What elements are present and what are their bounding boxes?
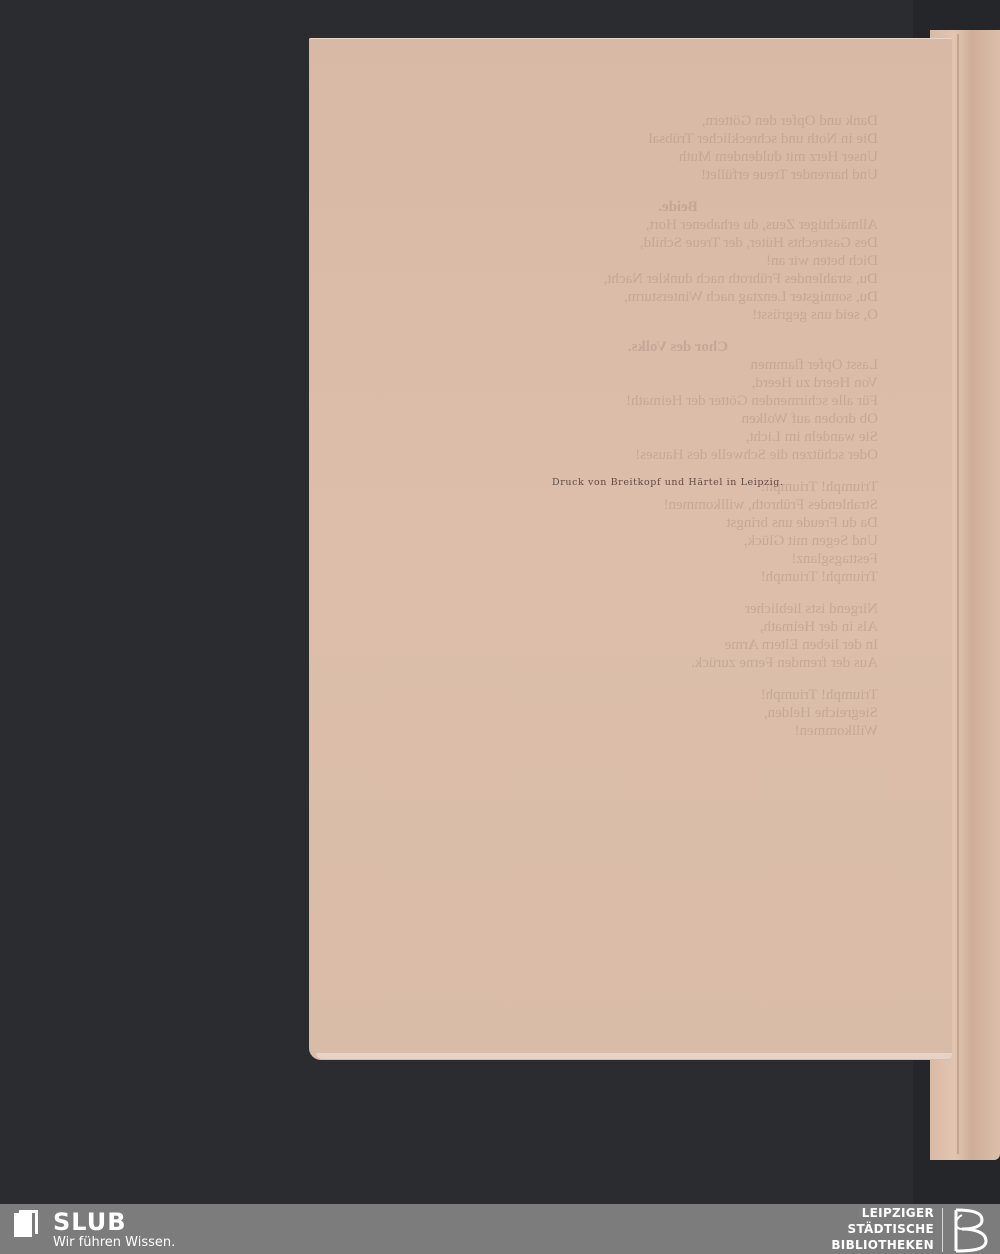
slub-tagline: Wir führen Wissen.	[53, 1235, 175, 1251]
show-through-line: Und harrender Treue erfüllet!	[478, 166, 878, 184]
scan-viewer: Dank und Opfer den Göttern,Die in Noth u…	[0, 0, 1000, 1204]
lsb-logo-icon	[952, 1207, 992, 1254]
show-through-line: Des Gastrechts Hüter, der Treue Schild,	[478, 234, 878, 252]
show-through-line	[478, 324, 878, 338]
show-through-line: Dank und Opfer den Göttern,	[478, 112, 878, 130]
show-through-line: Siegreiche Helden,	[478, 704, 878, 722]
show-through-line: Die in Noth und schrecklicher Trübsal	[478, 130, 878, 148]
show-through-line	[478, 184, 878, 198]
lsb-brand-line: LEIPZIGER	[831, 1205, 934, 1221]
printer-imprint: Druck von Breitkopf und Härtel in Leipzi…	[552, 477, 852, 488]
show-through-line: Festtagsglanz!	[478, 550, 878, 568]
show-through-line	[478, 586, 878, 600]
show-through-line: In der lieben Eltern Arme	[478, 636, 878, 654]
show-through-line: Für alle schirmenden Götter der Heimath!	[478, 392, 878, 410]
show-through-line	[478, 672, 878, 686]
show-through-line: Chor des Volks.	[478, 338, 878, 356]
show-through-line: Unser Herz mit duldendem Muth	[478, 148, 878, 166]
show-through-line: Du, strahlendes Frühroth nach dunkler Na…	[478, 270, 878, 288]
show-through-line: Dich beten wir an!	[478, 252, 878, 270]
show-through-line: Beide.	[478, 198, 878, 216]
show-through-line: Lasst Opfer flammen	[478, 356, 878, 374]
lsb-brand-line: STÄDTISCHE	[831, 1221, 934, 1237]
show-through-line: Oder schützen die Schwelle des Hauses!	[478, 446, 878, 464]
show-through-line: Willkommen!	[478, 722, 878, 740]
page-fold-line	[957, 34, 959, 1154]
show-through-line	[478, 464, 878, 478]
show-through-line: Strahlendes Frühroth, willkommen!	[478, 496, 878, 514]
show-through-line: Von Heerd zu Heerd,	[478, 374, 878, 392]
show-through-line: Nirgend ists lieblicher	[478, 600, 878, 618]
show-through-line: Du, sonnigster Lenztag nach Wintersturm,	[478, 288, 878, 306]
show-through-line: Ob droben auf Wolken	[478, 410, 878, 428]
lsb-brand-line: BIBLIOTHEKEN	[831, 1237, 934, 1253]
show-through-text: Dank und Opfer den Göttern,Die in Noth u…	[478, 112, 878, 740]
show-through-line: Triumph! Triumph!	[478, 686, 878, 704]
lsb-brand[interactable]: LEIPZIGER STÄDTISCHE BIBLIOTHEKEN	[831, 1205, 934, 1253]
slub-logo-icon	[12, 1209, 40, 1239]
show-through-line: Allmächtiger Zeus, du erhabener Hort,	[478, 216, 878, 234]
brand-divider	[942, 1208, 943, 1252]
show-through-line: Als in der Heimath,	[478, 618, 878, 636]
show-through-line: Sie wandeln im Licht,	[478, 428, 878, 446]
show-through-line: Und Segen mit Glück,	[478, 532, 878, 550]
slub-brand[interactable]: SLUB	[53, 1207, 127, 1237]
page-bottom-edge	[316, 1053, 952, 1059]
show-through-line: Da du Freude uns bringst	[478, 514, 878, 532]
show-through-line: Aus der fremden Ferne zurück.	[478, 654, 878, 672]
show-through-line: O, seid uns gegrüsst!	[478, 306, 878, 324]
show-through-line: Triumph! Triumph!	[478, 568, 878, 586]
